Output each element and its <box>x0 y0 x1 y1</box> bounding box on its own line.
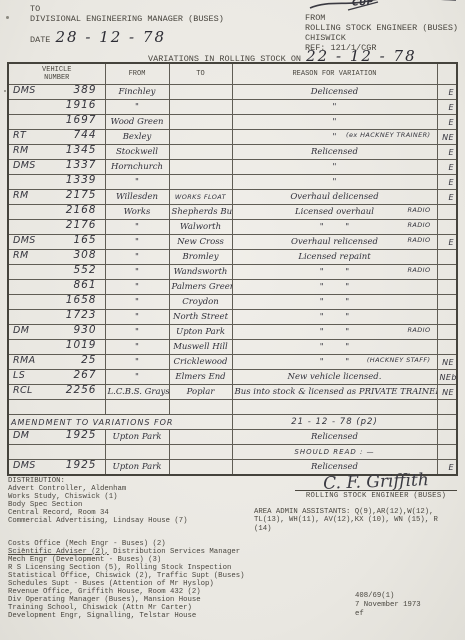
distribution-item: Schedules Supt - Buses (Attention of Mr … <box>8 580 244 588</box>
vehicle-number: 1658 <box>66 295 97 307</box>
to-cell <box>169 175 232 190</box>
from-cell: " <box>105 325 169 340</box>
reason-cell: " <box>232 175 437 190</box>
to-cell <box>169 85 232 100</box>
from-cell: Hornchurch <box>105 160 169 175</box>
vehicle-number: 1019 <box>66 340 97 352</box>
reason-cell: Bus into stock & licensed as PRIVATE TRA… <box>232 385 437 400</box>
vehicle-cell: RM308 <box>8 250 105 265</box>
vehicle-type: DMS <box>13 460 36 471</box>
vehicle-number: 1697 <box>66 115 97 127</box>
reason-cell: " "RADIO <box>232 325 437 340</box>
table-row: 1723"North Street" " <box>8 310 457 325</box>
from-location: CHISWICK <box>305 33 458 43</box>
date-value-handwritten: 28 - 12 - 78 <box>56 28 166 46</box>
from-cell: " <box>105 295 169 310</box>
reason-text: " <box>333 132 337 142</box>
status-cell: E <box>437 160 457 175</box>
vehicle-cell: 2168 <box>8 205 105 220</box>
date-label: DATE <box>30 35 50 45</box>
distribution-item: Scientific Adviser (2), Distribution Ser… <box>8 548 244 556</box>
form-reference-block: 408/69(1) 7 November 1973 ef <box>355 592 421 619</box>
vehicle-number: 1337 <box>66 160 97 172</box>
vehicle-cell: RM1345 <box>8 145 105 160</box>
from-cell: Finchley <box>105 85 169 100</box>
from-cell: " <box>105 310 169 325</box>
to-cell <box>169 115 232 130</box>
vehicle-number: 1925 <box>66 460 97 472</box>
signature-block: C. F. Griffith ROLLING STOCK ENGINEER (B… <box>295 472 457 500</box>
reason-text: " " <box>320 282 349 292</box>
to-cell: Croydon <box>169 295 232 310</box>
col-header-to: TO <box>169 63 232 85</box>
status-cell: NE <box>437 355 457 370</box>
from-cell: L.C.B.S. Grays <box>105 385 169 400</box>
vehicle-type: DMS <box>13 85 36 96</box>
status-cell <box>437 400 457 415</box>
table-row: 552"Wandsworth" "RADIO <box>8 265 457 280</box>
reason-cell: " "RADIO <box>232 265 437 280</box>
from-cell: " <box>105 370 169 385</box>
vehicle-cell <box>8 445 105 460</box>
reason-cell: Overhaul delicensed <box>232 190 437 205</box>
status-cell <box>437 295 457 310</box>
from-cell: " <box>105 235 169 250</box>
vehicle-cell: 552 <box>8 265 105 280</box>
from-cell: " <box>105 355 169 370</box>
to-cell <box>169 130 232 145</box>
reason-cell: "(ex HACKNEY TRAINER) <box>232 130 437 145</box>
table-row: 2176"Walworth" "RADIO <box>8 220 457 235</box>
vehicle-type: DM <box>13 430 29 441</box>
reason-text: " " <box>320 297 349 307</box>
from-cell: " <box>105 100 169 115</box>
vehicle-number: 308 <box>73 250 96 262</box>
handwritten-annotation: CUP <box>352 0 374 9</box>
distribution-item: Central Record, Room 34 <box>8 509 244 517</box>
date-line: DATE 28 - 12 - 78 <box>30 28 166 46</box>
to-cell: Muswell Hill <box>169 340 232 355</box>
distribution-item: R S Licensing Section (5), Rolling Stock… <box>8 564 244 572</box>
reason-text: Licensed repaint <box>298 252 370 262</box>
reason-text: Bus into stock & licensed as PRIVATE TRA… <box>235 387 438 397</box>
vehicle-cell: DMS389 <box>8 85 105 100</box>
table-header-row: VEHICLE NUMBER FROM TO REASON FOR VARIAT… <box>8 63 457 85</box>
table-row: 1339""E <box>8 175 457 190</box>
from-cell <box>105 400 169 415</box>
to-cell <box>169 460 232 476</box>
status-cell <box>437 265 457 280</box>
distribution-item: Costs Office (Mech Engr - Buses) (2) <box>8 540 244 548</box>
table-row: RM1345StockwellRelicensedE <box>8 145 457 160</box>
vehicle-number: 930 <box>73 325 96 337</box>
status-cell <box>437 340 457 355</box>
vehicle-cell <box>8 400 105 415</box>
status-cell: NEb E <box>437 370 457 385</box>
distribution-item: Div Operating Manager (Buses), Mansion H… <box>8 596 244 604</box>
reason-cell: Delicensed <box>232 85 437 100</box>
status-cell <box>437 445 457 460</box>
vehicle-number: 1345 <box>66 145 97 157</box>
to-cell: Palmers Green <box>169 280 232 295</box>
from-cell: Willesden <box>105 190 169 205</box>
col-header-from: FROM <box>105 63 169 85</box>
vehicle-type: DM <box>13 325 29 336</box>
to-cell: Upton Park <box>169 325 232 340</box>
table-row: AMENDMENT TO VARIATIONS FOR21 - 12 - 78 … <box>8 415 457 430</box>
reason-cell: " " <box>232 280 437 295</box>
status-cell: NE <box>437 130 457 145</box>
table-body: DMS389FinchleyDelicensedE1916""E1697Wood… <box>8 85 457 476</box>
from-label: FROM <box>305 13 458 23</box>
table-row: DMS1337Hornchurch"E <box>8 160 457 175</box>
vehicle-number: 389 <box>73 85 96 97</box>
amendment-date-cell: 21 - 12 - 78 (p2) <box>232 415 437 430</box>
vehicle-cell: RMA25 <box>8 355 105 370</box>
from-cell: Bexley <box>105 130 169 145</box>
to-cell <box>169 100 232 115</box>
reason-text: " <box>333 162 337 172</box>
distribution-item: Body Spec Section <box>8 501 244 509</box>
distribution-item: Training School, Chiswick (Attn Mr Carte… <box>8 604 244 612</box>
vehicle-type: DMS <box>13 160 36 171</box>
reason-text: Delicensed <box>311 87 358 97</box>
to-cell: WORKS FLOAT <box>169 190 232 205</box>
reason-cell: " <box>232 100 437 115</box>
reason-text: Licensed overhaul <box>295 207 374 217</box>
vehicle-cell: LS267 <box>8 370 105 385</box>
distribution-item: Development Engr, Signalling, Telstar Ho… <box>8 612 244 620</box>
vehicle-number: 744 <box>73 130 96 142</box>
vehicle-cell: 1019 <box>8 340 105 355</box>
from-cell: " <box>105 340 169 355</box>
reason-cell: Licensed repaint <box>232 250 437 265</box>
vehicle-number: 25 <box>81 355 96 367</box>
to-cell <box>169 145 232 160</box>
to-cell: Bromley <box>169 250 232 265</box>
vehicle-cell: 1723 <box>8 310 105 325</box>
to-cell: Cricklewood <box>169 355 232 370</box>
vehicle-number: 2168 <box>66 205 97 217</box>
letter-header-left: TO DIVISIONAL ENGINEERING MANAGER (BUSES… <box>30 4 224 24</box>
vehicle-type: RT <box>13 130 26 141</box>
status-cell <box>437 250 457 265</box>
col-header-vehicle: VEHICLE NUMBER <box>8 63 105 85</box>
col-header-reason: REASON FOR VARIATION <box>232 63 437 85</box>
amendment-label-cell: AMENDMENT TO VARIATIONS FOR <box>8 415 232 430</box>
to-value: DIVISIONAL ENGINEERING MANAGER (BUSES) <box>30 14 224 24</box>
scan-speck <box>4 90 6 92</box>
vehicle-number: 1916 <box>66 100 97 112</box>
vehicle-cell: DM1925 <box>8 430 105 445</box>
status-cell: NE <box>437 385 457 400</box>
to-cell: North Street <box>169 310 232 325</box>
to-cell: Shepherds Bush <box>169 205 232 220</box>
vehicle-cell: RCL2256 <box>8 385 105 400</box>
vehicle-cell: 1658 <box>8 295 105 310</box>
status-cell: E <box>437 175 457 190</box>
distribution-list: DISTRIBUTION: Advert Controller, Aldenha… <box>8 477 244 621</box>
reason-cell: " <box>232 115 437 130</box>
to-cell: Wandsworth <box>169 265 232 280</box>
status-cell <box>437 325 457 340</box>
reason-text: " " <box>320 222 349 232</box>
to-cell: Poplar <box>169 385 232 400</box>
reason-text: " " <box>320 357 349 367</box>
reason-note: RADIO <box>407 236 430 244</box>
table-row: DM930"Upton Park" "RADIO <box>8 325 457 340</box>
reason-cell: " " <box>232 295 437 310</box>
reason-cell: " <box>232 160 437 175</box>
vehicle-cell: 1339 <box>8 175 105 190</box>
reason-text: " " <box>320 327 349 337</box>
reason-text: " " <box>320 342 349 352</box>
table-row: 861"Palmers Green" " <box>8 280 457 295</box>
table-row: 2168WorksShepherds BushLicensed overhaul… <box>8 205 457 220</box>
reason-note: (HACKNEY STAFF) <box>367 356 431 364</box>
from-cell: " <box>105 175 169 190</box>
from-value: ROLLING STOCK ENGINEER (BUSES) <box>305 23 458 33</box>
vehicle-cell: DM930 <box>8 325 105 340</box>
vehicle-type: LS <box>13 370 25 381</box>
vehicle-number: 2256 <box>66 385 97 397</box>
from-cell: Works <box>105 205 169 220</box>
status-cell <box>437 430 457 445</box>
from-cell <box>105 445 169 460</box>
amendment-date: 21 - 12 - 78 (p2) <box>291 417 378 427</box>
scan-speck <box>22 548 24 550</box>
reason-cell: " " <box>232 310 437 325</box>
reason-cell: " "RADIO <box>232 220 437 235</box>
note-cell: SHOULD READ : — <box>232 445 437 460</box>
reason-cell: Overhaul relicensedRADIO <box>232 235 437 250</box>
from-cell: " <box>105 265 169 280</box>
table-row: 1697Wood Green"E <box>8 115 457 130</box>
from-cell: Wood Green <box>105 115 169 130</box>
vehicle-cell: 861 <box>8 280 105 295</box>
vehicle-type: RM <box>13 145 29 156</box>
vehicle-number: 267 <box>73 370 96 382</box>
reason-text: Relicensed <box>311 462 358 472</box>
rolling-stock-table: VEHICLE NUMBER FROM TO REASON FOR VARIAT… <box>7 62 458 476</box>
reason-text: " " <box>320 267 349 277</box>
distribution-item: Revenue Office, Griffith House, Room 432… <box>8 588 244 596</box>
to-cell <box>169 430 232 445</box>
reason-cell <box>232 400 437 415</box>
reason-note: RADIO <box>407 221 430 229</box>
table-row: DM1925Upton ParkRelicensed <box>8 430 457 445</box>
reason-text: Overhaul relicensed <box>291 237 378 247</box>
table-row: 1019"Muswell Hill" " <box>8 340 457 355</box>
reason-cell: Relicensed <box>232 430 437 445</box>
reason-text: Overhaul delicensed <box>290 192 378 202</box>
vehicle-cell: 1916 <box>8 100 105 115</box>
reason-text: Relicensed <box>311 432 358 442</box>
status-cell <box>437 415 457 430</box>
status-cell: E <box>437 190 457 205</box>
distribution-item: Works Study, Chiswick (1) <box>8 493 244 501</box>
table-row: SHOULD READ : — <box>8 445 457 460</box>
distribution-item <box>8 526 244 540</box>
distribution-item: Advert Controller, Aldenham <box>8 485 244 493</box>
reason-cell: " "(HACKNEY STAFF) <box>232 355 437 370</box>
distribution-item: Commercial Advertising, Lindsay House (7… <box>8 517 244 525</box>
table-row <box>8 400 457 415</box>
form-initials: ef <box>355 610 421 619</box>
status-cell: E <box>437 100 457 115</box>
reason-cell: Relicensed <box>232 145 437 160</box>
to-cell <box>169 160 232 175</box>
reason-text: New vehicle licensed. <box>288 372 382 382</box>
vehicle-type: RM <box>13 250 29 261</box>
reason-text: " <box>333 117 337 127</box>
from-cell: Upton Park <box>105 460 169 476</box>
vehicle-type: DMS <box>13 235 36 246</box>
vehicle-number: 2176 <box>66 220 97 232</box>
from-cell: " <box>105 220 169 235</box>
table-row: RM2175WillesdenWORKS FLOATOverhaul delic… <box>8 190 457 205</box>
vehicle-type: RCL <box>13 385 33 396</box>
reason-note: (ex HACKNEY TRAINER) <box>346 131 430 139</box>
reason-note: RADIO <box>407 326 430 334</box>
distribution-item: Mech Engr (Development - Buses) (3) <box>8 556 244 564</box>
admin-assistants-text: AREA ADMIN ASSISTANTS: Q(9),AR(12),W(12)… <box>254 508 459 533</box>
distribution-item: Statistical Office, Chiswick (2), Traffi… <box>8 572 244 580</box>
table-row: DMS389FinchleyDelicensedE <box>8 85 457 100</box>
reason-cell: " " <box>232 340 437 355</box>
table-row: DMS165"New CrossOverhaul relicensedRADIO… <box>8 235 457 250</box>
to-cell <box>169 400 232 415</box>
vehicle-type: RMA <box>13 355 36 366</box>
from-cell: Upton Park <box>105 430 169 445</box>
form-ref: 408/69(1) <box>355 592 421 601</box>
to-cell: New Cross <box>169 235 232 250</box>
status-cell: E <box>437 145 457 160</box>
scanned-document-page: CUP TO DIVISIONAL ENGINEERING MANAGER (B… <box>0 0 465 640</box>
from-cell: " <box>105 250 169 265</box>
reason-cell: Licensed overhaulRADIO <box>232 205 437 220</box>
table-row: RMA25"Cricklewood" "(HACKNEY STAFF)NE <box>8 355 457 370</box>
vehicle-number: 1339 <box>66 175 97 187</box>
status-cell <box>437 310 457 325</box>
vehicle-number: 2175 <box>66 190 97 202</box>
reason-note: RADIO <box>407 266 430 274</box>
table-row: RCL2256L.C.B.S. GraysPoplarBus into stoc… <box>8 385 457 400</box>
reason-text: " <box>333 177 337 187</box>
reason-text: " " <box>320 312 349 322</box>
col-header-status <box>437 63 457 85</box>
reason-note: RADIO <box>407 206 430 214</box>
vehicle-number: 552 <box>73 265 96 277</box>
distribution-title: DISTRIBUTION: <box>8 477 244 485</box>
vehicle-number: 861 <box>73 280 96 292</box>
reason-text: " <box>333 102 337 112</box>
vehicle-cell: 2176 <box>8 220 105 235</box>
vehicle-cell: DMS1925 <box>8 460 105 476</box>
to-cell: Walworth <box>169 220 232 235</box>
status-cell: E <box>437 115 457 130</box>
status-cell <box>437 205 457 220</box>
vehicle-cell: RM2175 <box>8 190 105 205</box>
vehicle-number: 165 <box>73 235 96 247</box>
vehicle-cell: RT744 <box>8 130 105 145</box>
reason-cell: New vehicle licensed. <box>232 370 437 385</box>
form-date: 7 November 1973 <box>355 601 421 610</box>
to-cell: Elmers End <box>169 370 232 385</box>
scan-speck <box>6 16 9 19</box>
table-row: RT744Bexley"(ex HACKNEY TRAINER)NE <box>8 130 457 145</box>
from-cell: " <box>105 280 169 295</box>
table-row: 1658"Croydon" " <box>8 295 457 310</box>
status-cell: E <box>437 235 457 250</box>
to-label: TO <box>30 4 224 14</box>
table-row: LS267"Elmers EndNew vehicle licensed.NEb… <box>8 370 457 385</box>
status-cell <box>437 280 457 295</box>
status-cell <box>437 220 457 235</box>
table-row: RM308"BromleyLicensed repaint <box>8 250 457 265</box>
vehicle-cell: 1697 <box>8 115 105 130</box>
vehicle-number: 1723 <box>66 310 97 322</box>
vehicle-cell: DMS165 <box>8 235 105 250</box>
to-cell <box>169 445 232 460</box>
table-row: 1916""E <box>8 100 457 115</box>
vehicle-type: RM <box>13 190 29 201</box>
vehicle-number: 1925 <box>66 430 97 442</box>
from-cell: Stockwell <box>105 145 169 160</box>
reason-text: Relicensed <box>311 147 358 157</box>
status-cell: E <box>437 85 457 100</box>
vehicle-cell: DMS1337 <box>8 160 105 175</box>
